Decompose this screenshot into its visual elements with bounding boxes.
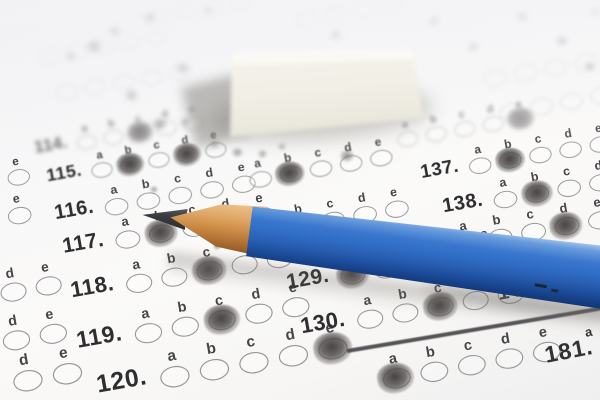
eraser bbox=[0, 0, 600, 400]
answer-sheet-photo: 114.abcde115.abcde116.abcde117.abcde118.… bbox=[0, 0, 600, 400]
